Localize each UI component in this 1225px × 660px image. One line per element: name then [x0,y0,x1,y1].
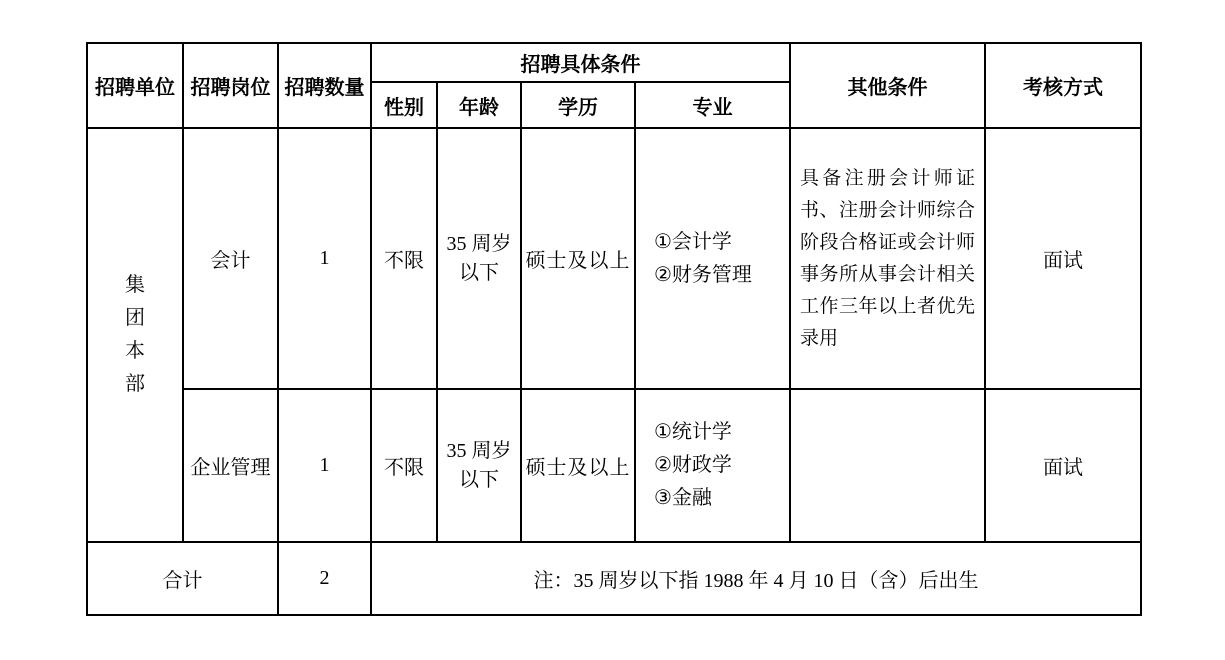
header-cell-count: 招聘数量 [278,43,371,128]
cell-major: ①会计学 ②财务管理 [635,128,790,389]
cell-total-count: 2 [278,542,371,615]
cell-other-conditions: 具备注册会计师证书、注册会计师综合阶段合格证或会计师事务所从事会计相关工作三年以… [790,128,985,389]
header-cell-gender: 性别 [371,82,437,128]
header-cell-education: 学历 [521,82,635,128]
cell-total-label: 合计 [87,542,278,615]
header-cell-conditions-group: 招聘具体条件 [371,43,790,82]
cell-note: 注：35 周岁以下指 1988 年 4 月 10 日（含）后出生 [371,542,1141,615]
cell-major: ①统计学 ②财政学 ③金融 [635,389,790,542]
cell-assessment: 面试 [985,389,1141,542]
cell-count: 1 [278,128,371,389]
cell-assessment: 面试 [985,128,1141,389]
recruitment-table: 招聘单位 招聘岗位 招聘数量 招聘具体条件 其他条件 考核方式 性别 年龄 学历… [86,42,1142,616]
footer-row: 合计 2 注：35 周岁以下指 1988 年 4 月 10 日（含）后出生 [87,542,1141,615]
cell-gender: 不限 [371,128,437,389]
cell-education: 硕士及以上 [521,128,635,389]
header-cell-assessment: 考核方式 [985,43,1141,128]
header-cell-other: 其他条件 [790,43,985,128]
header-cell-unit: 招聘单位 [87,43,183,128]
header-row-top: 招聘单位 招聘岗位 招聘数量 招聘具体条件 其他条件 考核方式 [87,43,1141,82]
cell-position: 会计 [183,128,278,389]
cell-gender: 不限 [371,389,437,542]
cell-count: 1 [278,389,371,542]
cell-education: 硕士及以上 [521,389,635,542]
table-row: 集 团 本 部 会计 1 不限 35 周岁 以下 硕士及以上 ①会计学 ②财务管… [87,128,1141,389]
cell-age: 35 周岁 以下 [437,128,521,389]
document-page: 招聘单位 招聘岗位 招聘数量 招聘具体条件 其他条件 考核方式 性别 年龄 学历… [0,0,1225,660]
table-row: 企业管理 1 不限 35 周岁 以下 硕士及以上 ①统计学 ②财政学 ③金融 面… [87,389,1141,542]
header-cell-position: 招聘岗位 [183,43,278,128]
cell-unit-group: 集 团 本 部 [87,128,183,542]
header-cell-major: 专业 [635,82,790,128]
cell-age: 35 周岁 以下 [437,389,521,542]
cell-position: 企业管理 [183,389,278,542]
cell-other-conditions [790,389,985,542]
header-cell-age: 年龄 [437,82,521,128]
